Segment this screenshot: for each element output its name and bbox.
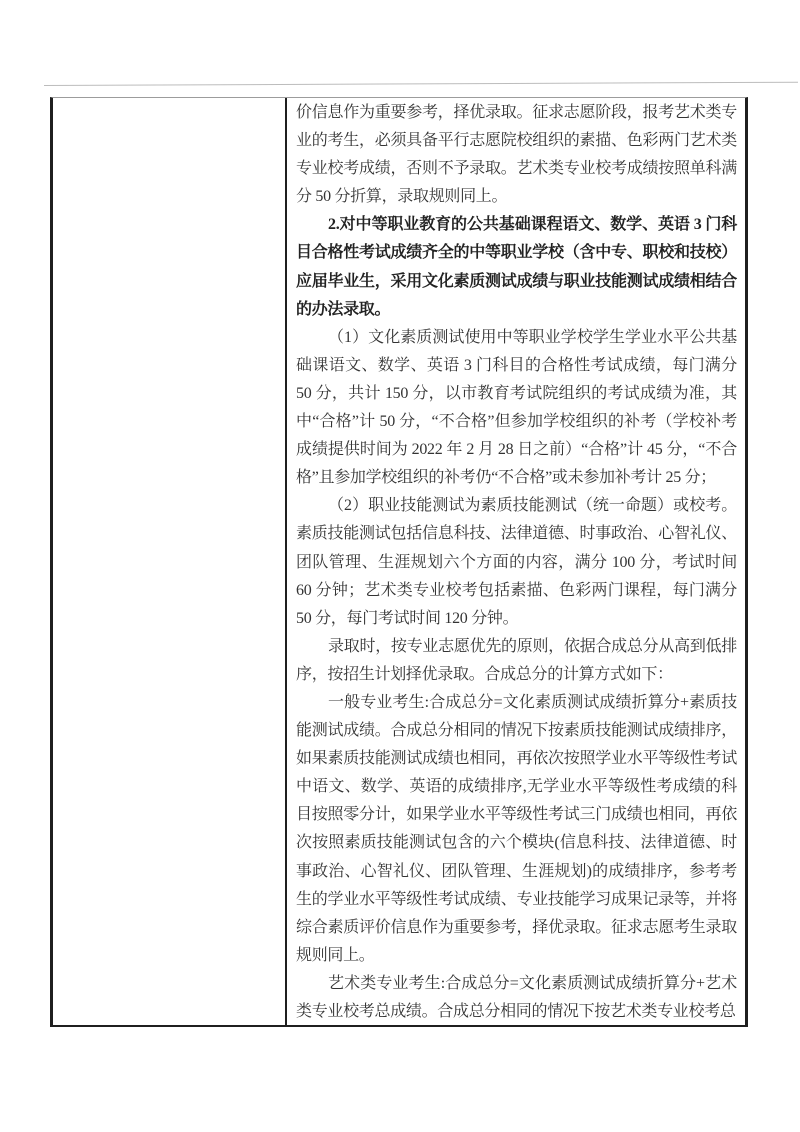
scan-artifact-rule bbox=[44, 82, 798, 86]
table-left-cell-empty bbox=[53, 98, 287, 1025]
document-page: 价信息作为重要参考，择优录取。征求志愿阶段，报考艺术类专业的考生，必须具备平行志… bbox=[0, 0, 800, 1132]
document-table: 价信息作为重要参考，择优录取。征求志愿阶段，报考艺术类专业的考生，必须具备平行志… bbox=[50, 97, 748, 1027]
paragraph: 艺术类专业考生:合成总分=文化素质测试成绩折算分+艺术类专业校考总成绩。合成总分… bbox=[296, 970, 737, 1025]
table-right-cell: 价信息作为重要参考，择优录取。征求志愿阶段，报考艺术类专业的考生，必须具备平行志… bbox=[287, 98, 745, 1025]
paragraph: 一般专业考生:合成总分=文化素质测试成绩折算分+素质技能测试成绩。合成总分相同的… bbox=[296, 689, 737, 970]
paragraph: 2.对中等职业教育的公共基础课程语文、数学、英语 3 门科目合格性考试成绩齐全的… bbox=[296, 211, 737, 323]
paragraph: 价信息作为重要参考，择优录取。征求志愿阶段，报考艺术类专业的考生，必须具备平行志… bbox=[296, 99, 737, 211]
paragraph: 录取时，按专业志愿优先的原则，依据合成总分从高到低排序，按招生计划择优录取。合成… bbox=[296, 633, 737, 689]
paragraph: （2）职业技能测试为素质技能测试（统一命题）或校考。素质技能测试包括信息科技、法… bbox=[296, 492, 737, 632]
paragraph: （1）文化素质测试使用中等职业学校学生学业水平公共基础课语文、数学、英语 3 门… bbox=[296, 324, 737, 493]
